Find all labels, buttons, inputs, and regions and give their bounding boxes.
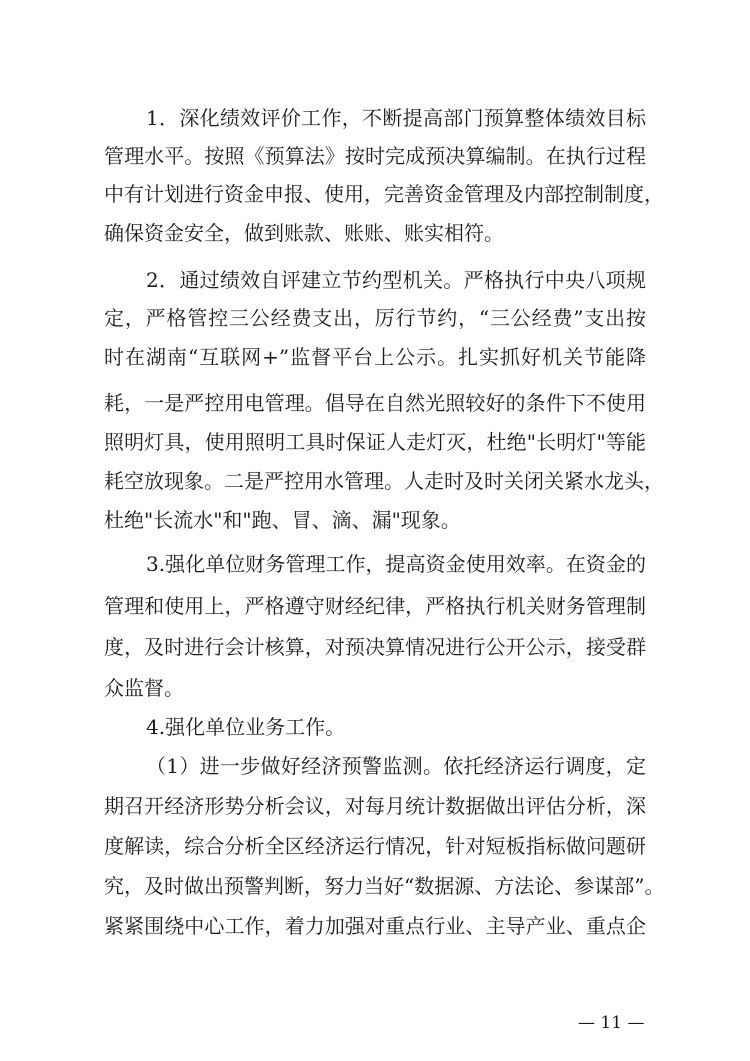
paragraph-5-line-3: 度解读，综合分析全区经济运行情况，针对短板指标做问题研: [104, 832, 646, 860]
paragraph-5-line-5: 紧紧围绕中心工作，着力加强对重点行业、主导产业、重点企: [104, 912, 646, 940]
paragraph-2-line-4: 耗，一是严控用电管理。倡导在自然光照较好的条件下不使用: [104, 389, 646, 417]
paragraph-3-line-2: 管理和使用上，严格遵守财经纪律，严格执行机关财务管理制: [104, 592, 646, 620]
paragraph-5-line-1: （1）进一步做好经济预警监测。依托经济运行调度，定: [146, 752, 646, 780]
paragraph-2-line-5: 照明灯具，使用照明工具时保证人走灯灭，杜绝"长明灯"等能: [104, 428, 646, 456]
paragraph-5-line-2: 期召开经济形势分析会议，对每月统计数据做出评估分析，深: [104, 792, 646, 820]
paragraph-1-line-2: 管理水平。按照《预算法》按时完成预决算编制。在执行过程: [104, 142, 646, 170]
paragraph-2-line-1: 2．通过绩效自评建立节约型机关。严格执行中央八项规: [146, 266, 646, 294]
paragraph-3-line-4: 众监督。: [104, 674, 646, 702]
paragraph-2-line-7: 杜绝"长流水"和"跑、冒、滴、漏"现象。: [104, 506, 646, 534]
document-page: 1．深化绩效评价工作，不断提高部门预算整体绩效目标 管理水平。按照《预算法》按时…: [0, 0, 750, 1061]
paragraph-3-line-3: 度，及时进行会计核算，对预决算情况进行公开公示，接受群: [104, 633, 646, 661]
paragraph-2-line-3: 时在湖南“互联网+”监督平台上公示。扎实抓好机关节能降: [104, 343, 646, 371]
paragraph-2-line-2: 定，严格管控三公经费支出，厉行节约，“三公经费”支出按: [104, 304, 646, 332]
page-number: — 11 —: [578, 1013, 644, 1033]
paragraph-5-line-4: 究，及时做出预警判断，努力当好“数据源、方法论、参谋部”。: [104, 872, 646, 900]
paragraph-1-line-4: 确保资金安全，做到账款、账账、账实相符。: [104, 219, 646, 247]
paragraph-1-line-1: 1．深化绩效评价工作，不断提高部门预算整体绩效目标: [146, 104, 646, 132]
paragraph-1-line-3: 中有计划进行资金申报、使用，完善资金管理及内部控制制度，: [104, 180, 646, 208]
paragraph-4-heading: 4.强化单位业务工作。: [146, 713, 646, 741]
paragraph-2-line-6: 耗空放现象。二是严控用水管理。人走时及时关闭关紧水龙头，: [104, 467, 646, 495]
paragraph-3-line-1: 3.强化单位财务管理工作，提高资金使用效率。在资金的: [146, 550, 646, 578]
